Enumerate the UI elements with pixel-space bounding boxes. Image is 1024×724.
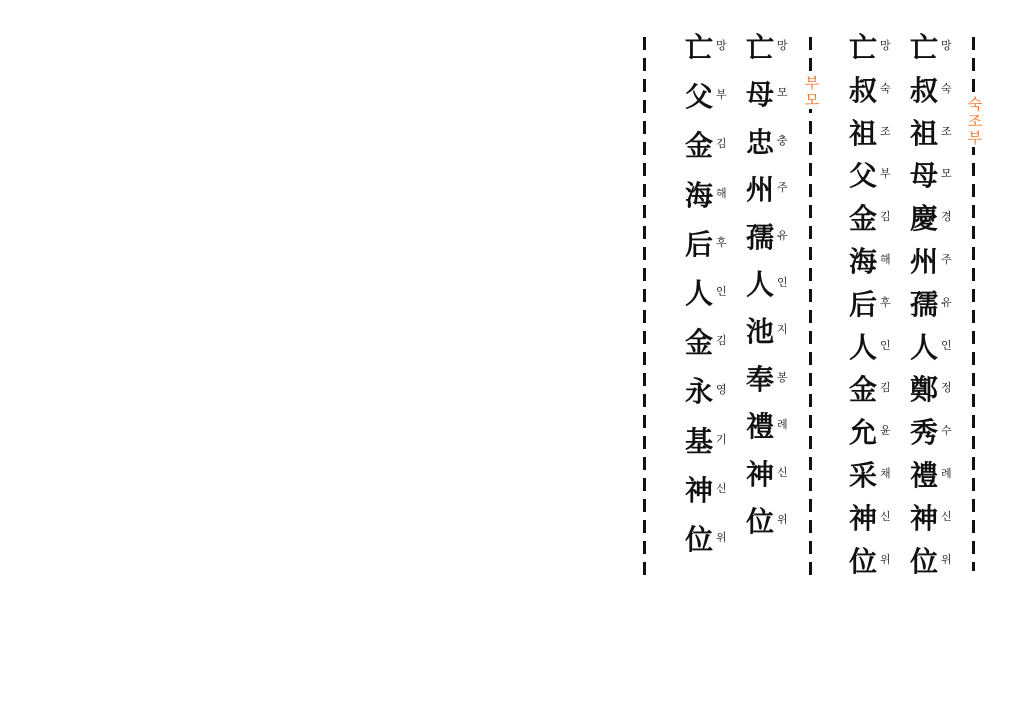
hangul-reading: 신 xyxy=(716,482,727,495)
hanja-char: 孺 xyxy=(744,223,776,253)
hangul-reading: 지 xyxy=(777,323,788,336)
cut-line-middle xyxy=(809,37,812,579)
hanja-char: 人 xyxy=(744,270,776,300)
hangul-reading: 례 xyxy=(941,467,952,480)
hanja-char: 亡 xyxy=(683,33,715,63)
hanja-char: 神 xyxy=(683,476,715,506)
hanja-char: 人 xyxy=(683,279,715,309)
hangul-reading: 신 xyxy=(941,510,952,523)
hanja-char: 亡 xyxy=(908,33,940,63)
hangul-reading: 조 xyxy=(880,125,891,138)
hanja-char: 叔 xyxy=(908,76,940,106)
hangul-reading: 김 xyxy=(880,381,891,394)
hangul-reading: 모 xyxy=(941,167,952,180)
hangul-reading: 김 xyxy=(716,334,727,347)
hangul-reading: 김 xyxy=(716,137,727,150)
hangul-reading: 해 xyxy=(880,253,891,266)
hanja-char: 位 xyxy=(683,525,715,555)
hangul-reading: 채 xyxy=(880,467,891,480)
hanja-char: 位 xyxy=(744,507,776,537)
hanja-char: 后 xyxy=(847,290,879,320)
hanja-char: 亡 xyxy=(744,33,776,63)
hanja-char: 亡 xyxy=(847,33,879,63)
hangul-reading: 위 xyxy=(777,513,788,526)
hanja-char: 位 xyxy=(847,547,879,577)
hanja-char: 州 xyxy=(744,175,776,205)
hanja-char: 父 xyxy=(683,82,715,112)
hangul-reading: 인 xyxy=(941,339,952,352)
hangul-reading: 인 xyxy=(777,276,788,289)
hanja-char: 金 xyxy=(683,131,715,161)
hangul-reading: 례 xyxy=(777,418,788,431)
hangul-reading: 해 xyxy=(716,187,727,200)
hanja-char: 神 xyxy=(908,504,940,534)
hangul-reading: 김 xyxy=(880,210,891,223)
hanja-char: 父 xyxy=(847,161,879,191)
hangul-reading: 망 xyxy=(880,39,891,52)
hangul-reading: 위 xyxy=(880,553,891,566)
label-great-uncle: 숙조부 xyxy=(966,96,984,147)
hanja-char: 永 xyxy=(683,377,715,407)
hangul-reading: 망 xyxy=(716,39,727,52)
hangul-reading: 유 xyxy=(941,296,952,309)
hanja-char: 母 xyxy=(744,80,776,110)
hangul-reading: 망 xyxy=(777,39,788,52)
hanja-char: 位 xyxy=(908,547,940,577)
hangul-reading: 위 xyxy=(941,553,952,566)
hanja-char: 母 xyxy=(908,161,940,191)
cut-line-left xyxy=(643,37,646,579)
hanja-char: 人 xyxy=(847,333,879,363)
hanja-char: 允 xyxy=(847,418,879,448)
hanja-char: 禮 xyxy=(744,412,776,442)
hanja-char: 海 xyxy=(847,247,879,277)
hanja-char: 金 xyxy=(847,375,879,405)
hanja-char: 奉 xyxy=(744,365,776,395)
hanja-char: 忠 xyxy=(744,128,776,158)
hanja-char: 禮 xyxy=(908,461,940,491)
hangul-reading: 인 xyxy=(716,285,727,298)
hanja-char: 金 xyxy=(683,328,715,358)
hangul-reading: 경 xyxy=(941,210,952,223)
hanja-char: 秀 xyxy=(908,418,940,448)
hangul-reading: 조 xyxy=(941,125,952,138)
hanja-char: 鄭 xyxy=(908,375,940,405)
hangul-reading: 영 xyxy=(716,383,727,396)
hanja-char: 池 xyxy=(744,317,776,347)
hanja-char: 海 xyxy=(683,181,715,211)
hangul-reading: 충 xyxy=(777,134,788,147)
hanja-char: 慶 xyxy=(908,204,940,234)
hangul-reading: 후 xyxy=(716,236,727,249)
hanja-char: 叔 xyxy=(847,76,879,106)
hangul-reading: 윤 xyxy=(880,424,891,437)
hanja-char: 后 xyxy=(683,230,715,260)
hanja-char: 祖 xyxy=(847,119,879,149)
hangul-reading: 신 xyxy=(880,510,891,523)
hangul-reading: 주 xyxy=(941,253,952,266)
hangul-reading: 인 xyxy=(880,339,891,352)
hangul-reading: 숙 xyxy=(941,82,952,95)
hangul-reading: 기 xyxy=(716,433,727,446)
hanja-char: 人 xyxy=(908,333,940,363)
label-parents: 부모 xyxy=(803,75,821,109)
hanja-char: 祖 xyxy=(908,119,940,149)
hangul-reading: 후 xyxy=(880,296,891,309)
hanja-char: 州 xyxy=(908,247,940,277)
hangul-reading: 봉 xyxy=(777,371,788,384)
hangul-reading: 망 xyxy=(941,39,952,52)
hanja-char: 采 xyxy=(847,461,879,491)
hangul-reading: 정 xyxy=(941,381,952,394)
hangul-reading: 수 xyxy=(941,424,952,437)
hangul-reading: 유 xyxy=(777,229,788,242)
hangul-reading: 신 xyxy=(777,466,788,479)
hanja-char: 孺 xyxy=(908,290,940,320)
hanja-char: 神 xyxy=(744,460,776,490)
hangul-reading: 모 xyxy=(777,86,788,99)
hangul-reading: 위 xyxy=(716,531,727,544)
hangul-reading: 부 xyxy=(880,167,891,180)
hanja-char: 基 xyxy=(683,427,715,457)
hangul-reading: 숙 xyxy=(880,82,891,95)
hanja-char: 金 xyxy=(847,204,879,234)
hangul-reading: 주 xyxy=(777,181,788,194)
hanja-char: 神 xyxy=(847,504,879,534)
hangul-reading: 부 xyxy=(716,88,727,101)
